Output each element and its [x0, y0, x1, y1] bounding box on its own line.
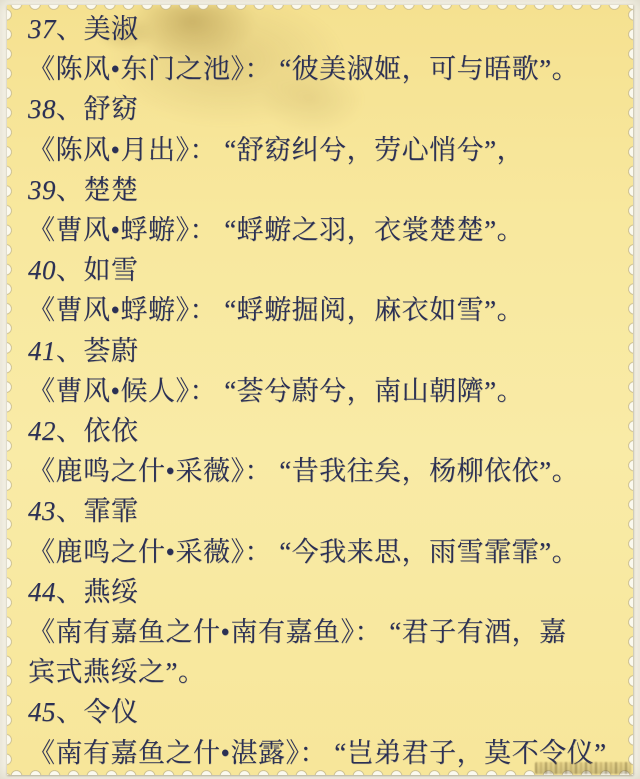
entry-quote-line: 《南有嘉鱼之什•湛露》： “岂弟君子，莫不令仪”	[28, 733, 629, 773]
enum-separator: 、	[56, 175, 84, 205]
enum-separator: 、	[56, 496, 84, 526]
entry: 44、燕绥 《南有嘉鱼之什•南有嘉鱼》： “君子有酒，嘉宾式燕绥之”。	[28, 572, 629, 693]
entry-heading: 37、美淑	[28, 9, 629, 49]
entry-number: 43	[28, 496, 56, 526]
entry-number: 37	[28, 14, 56, 44]
entry: 37、美淑 《陈风•东门之池》： “彼美淑姬，可与晤歌”。	[28, 9, 629, 89]
entry: 43、霏霏 《鹿鸣之什•采薇》： “今我来思，雨雪霏霏”。	[28, 491, 629, 571]
entry-quote-line: 《鹿鸣之什•采薇》： “昔我往矣，杨柳依依”。	[28, 451, 629, 491]
entry-number: 40	[28, 255, 56, 285]
entry: 42、依依 《鹿鸣之什•采薇》： “昔我往矣，杨柳依依”。	[28, 411, 629, 491]
enum-separator: 、	[56, 577, 84, 607]
enum-separator: 、	[56, 697, 84, 727]
entry-quote-line: 《曹风•蜉蝣》： “蜉蝣掘阅，麻衣如雪”。	[28, 290, 629, 330]
enum-separator: 、	[56, 255, 84, 285]
entry-term: 如雪	[84, 255, 139, 285]
entry-heading: 38、舒窈	[28, 89, 629, 129]
entry-term: 舒窈	[84, 94, 139, 124]
entry-quote-line: 《陈风•月出》： “舒窈纠兮，劳心悄兮”，	[28, 130, 629, 170]
entry-term: 依依	[84, 416, 139, 446]
entry-heading: 40、如雪	[28, 250, 629, 290]
entry: 40、如雪 《曹风•蜉蝣》： “蜉蝣掘阅，麻衣如雪”。	[28, 250, 629, 330]
entry-heading: 39、楚楚	[28, 170, 629, 210]
paper: 37、美淑 《陈风•东门之池》： “彼美淑姬，可与晤歌”。 38、舒窈 《陈风•…	[7, 5, 633, 775]
entry-quote-line: 《曹风•候人》： “荟兮蔚兮，南山朝隮”。	[28, 371, 629, 411]
entry-heading: 42、依依	[28, 411, 629, 451]
entry-quote-line: 《南有嘉鱼之什•南有嘉鱼》： “君子有酒，嘉	[28, 612, 629, 652]
entry-term: 美淑	[84, 14, 139, 44]
entry-quote-line: 《鹿鸣之什•采薇》： “今我来思，雨雪霏霏”。	[28, 532, 629, 572]
enum-separator: 、	[56, 94, 84, 124]
entry-number: 41	[28, 336, 56, 366]
entry-term: 楚楚	[84, 175, 139, 205]
entry-number: 39	[28, 175, 56, 205]
entry-term: 荟蔚	[84, 336, 139, 366]
entry-heading: 43、霏霏	[28, 491, 629, 531]
entry-quote-line: 《陈风•东门之池》： “彼美淑姬，可与晤歌”。	[28, 49, 629, 89]
entry: 38、舒窈 《陈风•月出》： “舒窈纠兮，劳心悄兮”，	[28, 89, 629, 169]
document-image: 37、美淑 《陈风•东门之池》： “彼美淑姬，可与晤歌”。 38、舒窈 《陈风•…	[0, 0, 640, 779]
enum-separator: 、	[56, 416, 84, 446]
entry-term: 燕绥	[84, 577, 139, 607]
enum-separator: 、	[56, 336, 84, 366]
entry-term: 霏霏	[84, 496, 139, 526]
entry-heading: 45、令仪	[28, 692, 629, 732]
entry-term: 令仪	[84, 697, 139, 727]
entry-quote-line: 宾式燕绥之”。	[28, 652, 629, 692]
entry-list: 37、美淑 《陈风•东门之池》： “彼美淑姬，可与晤歌”。 38、舒窈 《陈风•…	[7, 5, 633, 773]
entry-quote-line: 《曹风•蜉蝣》： “蜉蝣之羽，衣裳楚楚”。	[28, 210, 629, 250]
entry: 39、楚楚 《曹风•蜉蝣》： “蜉蝣之羽，衣裳楚楚”。	[28, 170, 629, 250]
entry: 45、令仪 《南有嘉鱼之什•湛露》： “岂弟君子，莫不令仪”	[28, 692, 629, 772]
entry-number: 42	[28, 416, 56, 446]
entry-number: 44	[28, 577, 56, 607]
entry-heading: 44、燕绥	[28, 572, 629, 612]
enum-separator: 、	[56, 14, 84, 44]
entry: 41、荟蔚 《曹风•候人》： “荟兮蔚兮，南山朝隮”。	[28, 331, 629, 411]
entry-heading: 41、荟蔚	[28, 331, 629, 371]
entry-number: 45	[28, 697, 56, 727]
entry-number: 38	[28, 94, 56, 124]
